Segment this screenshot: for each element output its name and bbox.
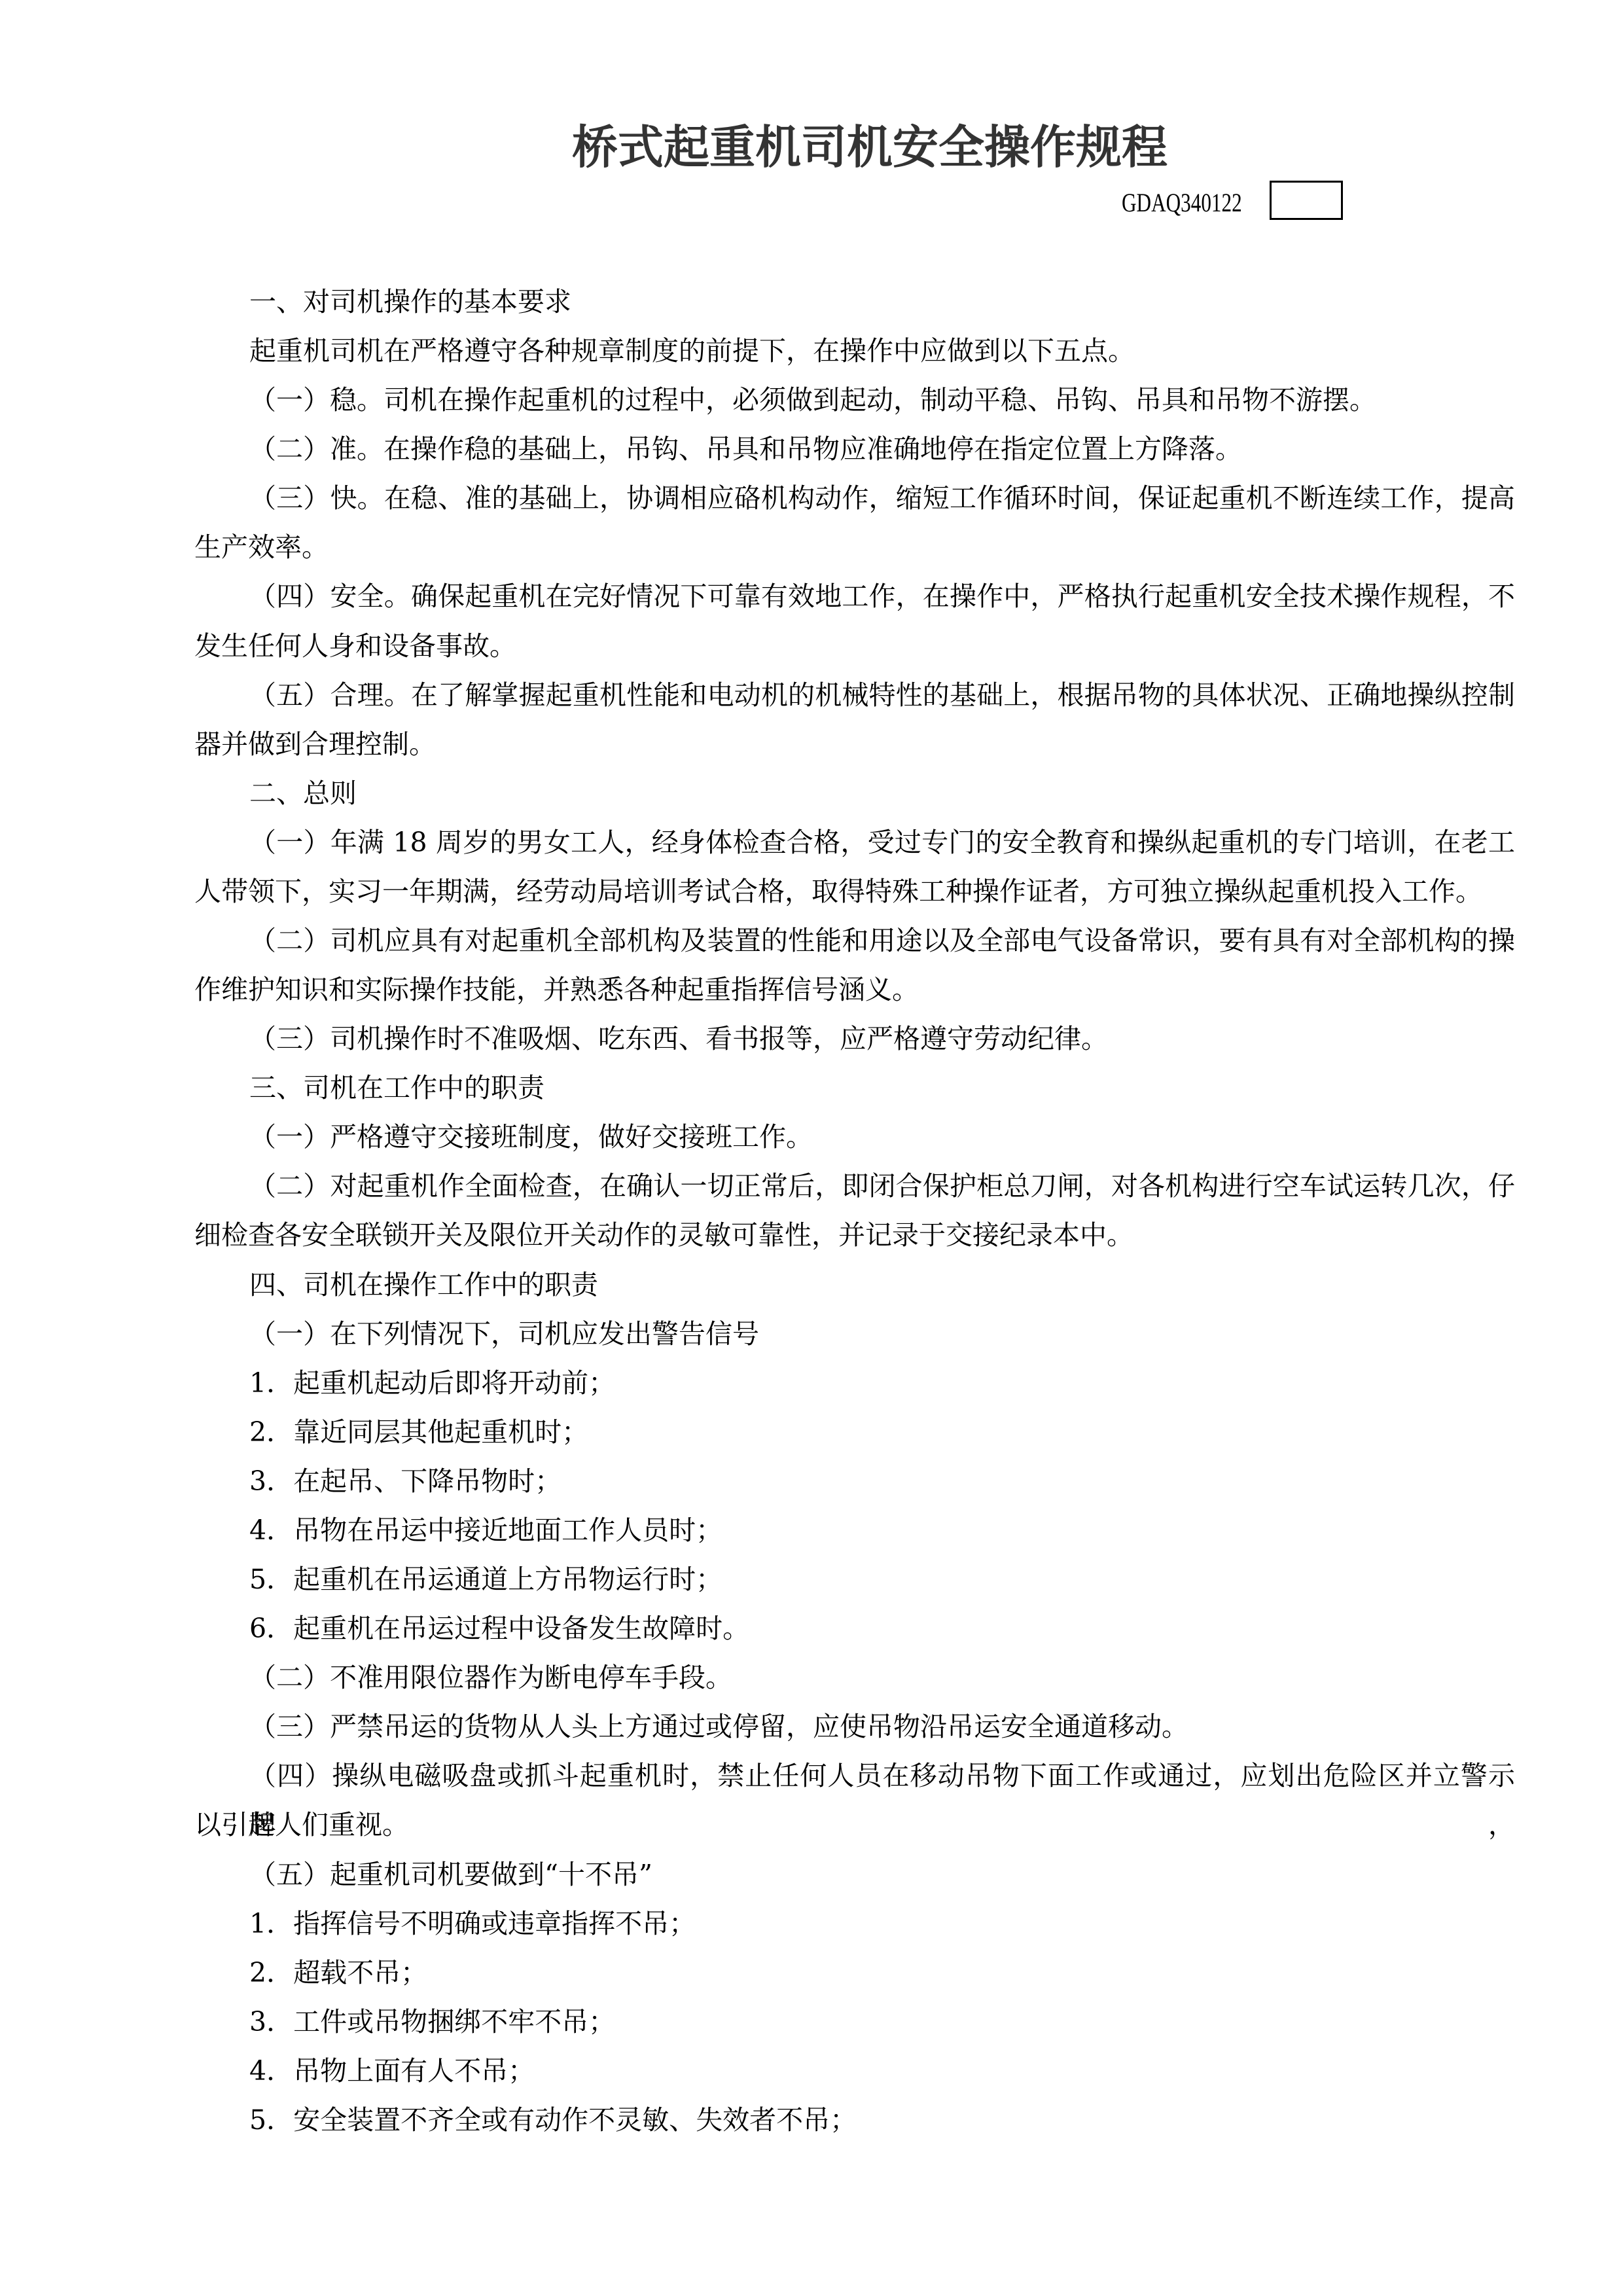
document-code: GDAQ340122 — [1122, 186, 1230, 220]
paragraph-line: （五）合理。在了解掌握起重机性能和电动机的机械特性的基础上，根据吊物的具体状况、… — [194, 671, 1515, 720]
list-item: 5．安全装置不齐全或有动作不灵敏、失效者不吊； — [194, 2096, 1515, 2145]
document-title: 桥式起重机司机安全操作规程 — [572, 117, 1148, 178]
list-item: 1．起重机起动后即将开动前； — [194, 1359, 1515, 1408]
section-heading-1: 一、对司机操作的基本要求 — [194, 278, 1515, 327]
list-item: 4．吊物上面有人不吊； — [194, 2047, 1515, 2096]
list-item: 4．吊物在吊运中接近地面工作人员时； — [194, 1506, 1515, 1555]
paragraph-line: （三）严禁吊运的货物从人头上方通过或停留，应使吊物沿吊运安全通道移动。 — [194, 1702, 1515, 1751]
list-item: 3．工件或吊物捆绑不牢不吊； — [194, 1998, 1515, 2047]
list-item: 2．靠近同层其他起重机时； — [194, 1408, 1515, 1457]
list-item: 3．在起吊、下降吊物时； — [194, 1457, 1515, 1506]
document-body: 一、对司机操作的基本要求 起重机司机在严格遵守各种规章制度的前提下，在操作中应做… — [194, 278, 1515, 2145]
document-page: 桥式起重机司机安全操作规程 GDAQ340122 一、对司机操作的基本要求 起重… — [0, 0, 1623, 2296]
paragraph-line: （五）起重机司机要做到“十不吊” — [194, 1850, 1515, 1899]
paragraph-continuation: 作维护知识和实际操作技能，并熟悉各种起重指挥信号涵义。 — [194, 965, 1515, 1014]
list-item: 1．指挥信号不明确或违章指挥不吊； — [194, 1899, 1515, 1948]
paragraph-line: （三）司机操作时不准吸烟、吃东西、看书报等，应严格遵守劳动纪律。 — [194, 1014, 1515, 1064]
paragraph-line: （二）不准用限位器作为断电停车手段。 — [194, 1653, 1515, 1702]
paragraph-line: （二）对起重机作全面检查，在确认一切正常后，即闭合保护柜总刀闸，对各机构进行空车… — [194, 1162, 1515, 1211]
paragraph-continuation: 发生任何人身和设备事故。 — [194, 622, 1515, 671]
paragraph-continuation: 生产效率。 — [194, 523, 1515, 572]
paragraph-line: （四）操纵电磁吸盘或抓斗起重机时，禁止任何人员在移动吊物下面工作或通过，应划出危… — [194, 1751, 1515, 1801]
code-box — [1270, 181, 1343, 220]
paragraph-line: （一）年满 18 周岁的男女工人，经身体检查合格，受过专门的安全教育和操纵起重机… — [194, 818, 1515, 867]
section-heading-2: 二、总则 — [194, 769, 1515, 818]
paragraph-line: （一）稳。司机在操作起重机的过程中，必须做到起动，制动平稳、吊钩、吊具和吊物不游… — [194, 376, 1515, 425]
paragraph-line: （一）在下列情况下，司机应发出警告信号 — [194, 1310, 1515, 1359]
paragraph-continuation: 细检查各安全联锁开关及限位开关动作的灵敏可靠性，并记录于交接纪录本中。 — [194, 1211, 1515, 1260]
paragraph-continuation: 器并做到合理控制。 — [194, 720, 1515, 769]
paragraph-line: （二）司机应具有对起重机全部机构及装置的性能和用途以及全部电气设备常识，要有具有… — [194, 916, 1515, 965]
list-item: 5．起重机在吊运通道上方吊物运行时； — [194, 1555, 1515, 1604]
section-heading-3: 三、司机在工作中的职责 — [194, 1064, 1515, 1113]
paragraph-line: （二）准。在操作稳的基础上，吊钩、吊具和吊物应准确地停在指定位置上方降落。 — [194, 425, 1515, 474]
paragraph-line: （四）安全。确保起重机在完好情况下可靠有效地工作，在操作中，严格执行起重机安全技… — [194, 572, 1515, 621]
paragraph-line: （三）快。在稳、准的基础上，协调相应硌机构动作，缩短工作循环时间，保证起重机不断… — [194, 474, 1515, 523]
list-item: 6．起重机在吊运过程中设备发生故障时。 — [194, 1604, 1515, 1653]
list-item: 2．超载不吊； — [194, 1948, 1515, 1998]
paragraph-continuation: 人带领下，实习一年期满，经劳动局培训考试合格，取得特殊工种操作证者，方可独立操纵… — [194, 867, 1515, 916]
paragraph-line: （一）严格遵守交接班制度，做好交接班工作。 — [194, 1113, 1515, 1162]
section-heading-4: 四、司机在操作工作中的职责 — [194, 1261, 1515, 1310]
paragraph-line: 起重机司机在严格遵守各种规章制度的前提下，在操作中应做到以下五点。 — [194, 327, 1515, 376]
